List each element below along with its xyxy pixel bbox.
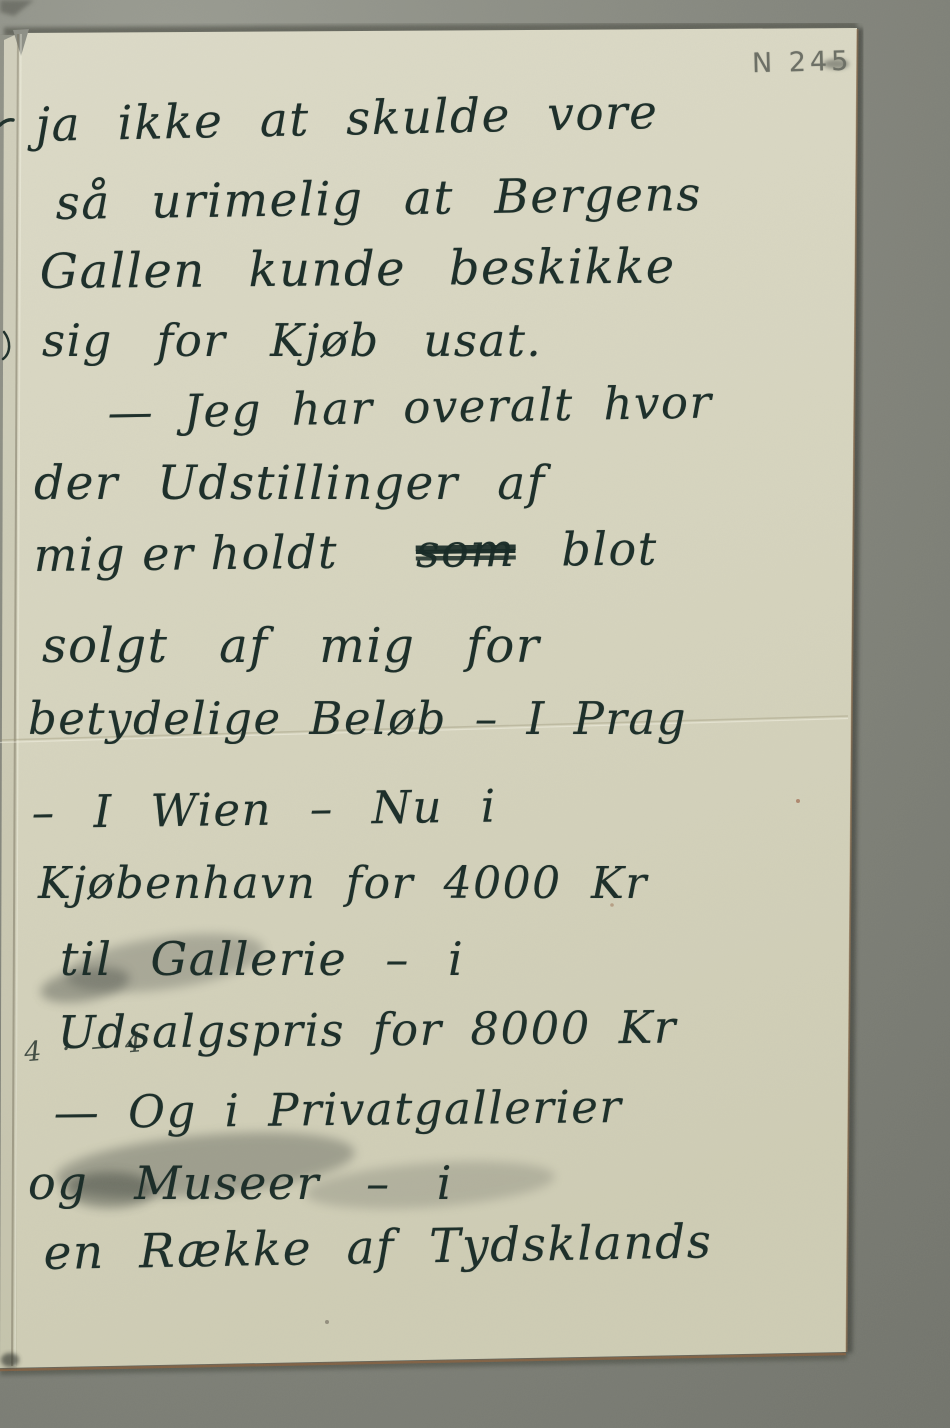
handwritten-line-3: Gallen kunde beskikke [40, 242, 676, 296]
handwritten-line-4: sig for Kjøb usat. [42, 318, 542, 363]
handwritten-line-9: betydelige Beløb – I Prag [28, 696, 687, 741]
handwritten-line-5: — Jeg har overalt hvor [107, 379, 713, 435]
handwritten-line-11: Kjøbenhavn for 4000 Kr [38, 862, 648, 906]
handwritten-line-7: mig er holdtsomblot [34, 525, 658, 578]
handwritten-line-6: der Udstillinger af [34, 460, 546, 507]
handwritten-line-12: til Gallerie – i [60, 936, 464, 982]
handwritten-line-2: så urimelig at Bergens [55, 171, 702, 227]
handwritten-line-10: – I Wien – Nu i [31, 784, 497, 835]
line-7-after-strike: blot [561, 521, 658, 576]
catalog-number: N 245 [752, 46, 853, 80]
handwritten-line-13: Udsalgspris for 8000 Kr [58, 1005, 677, 1055]
handwritten-line-1: ja ikke at skulde vore [35, 89, 659, 149]
struck-out-word: som [416, 523, 516, 578]
scanned-manuscript-photo: N 245 ja ikke at skulde vore så urimelig… [0, 0, 950, 1428]
handwritten-line-15: og Museer – i [28, 1160, 453, 1206]
handwritten-line-16: en Række af Tydsklands [43, 1218, 713, 1277]
handwritten-line-8: solgt af mig for [42, 622, 540, 670]
handwritten-line-14: — Og i Privatgallerier [54, 1084, 623, 1135]
line-7-before-strike: mig er holdt [33, 525, 338, 582]
